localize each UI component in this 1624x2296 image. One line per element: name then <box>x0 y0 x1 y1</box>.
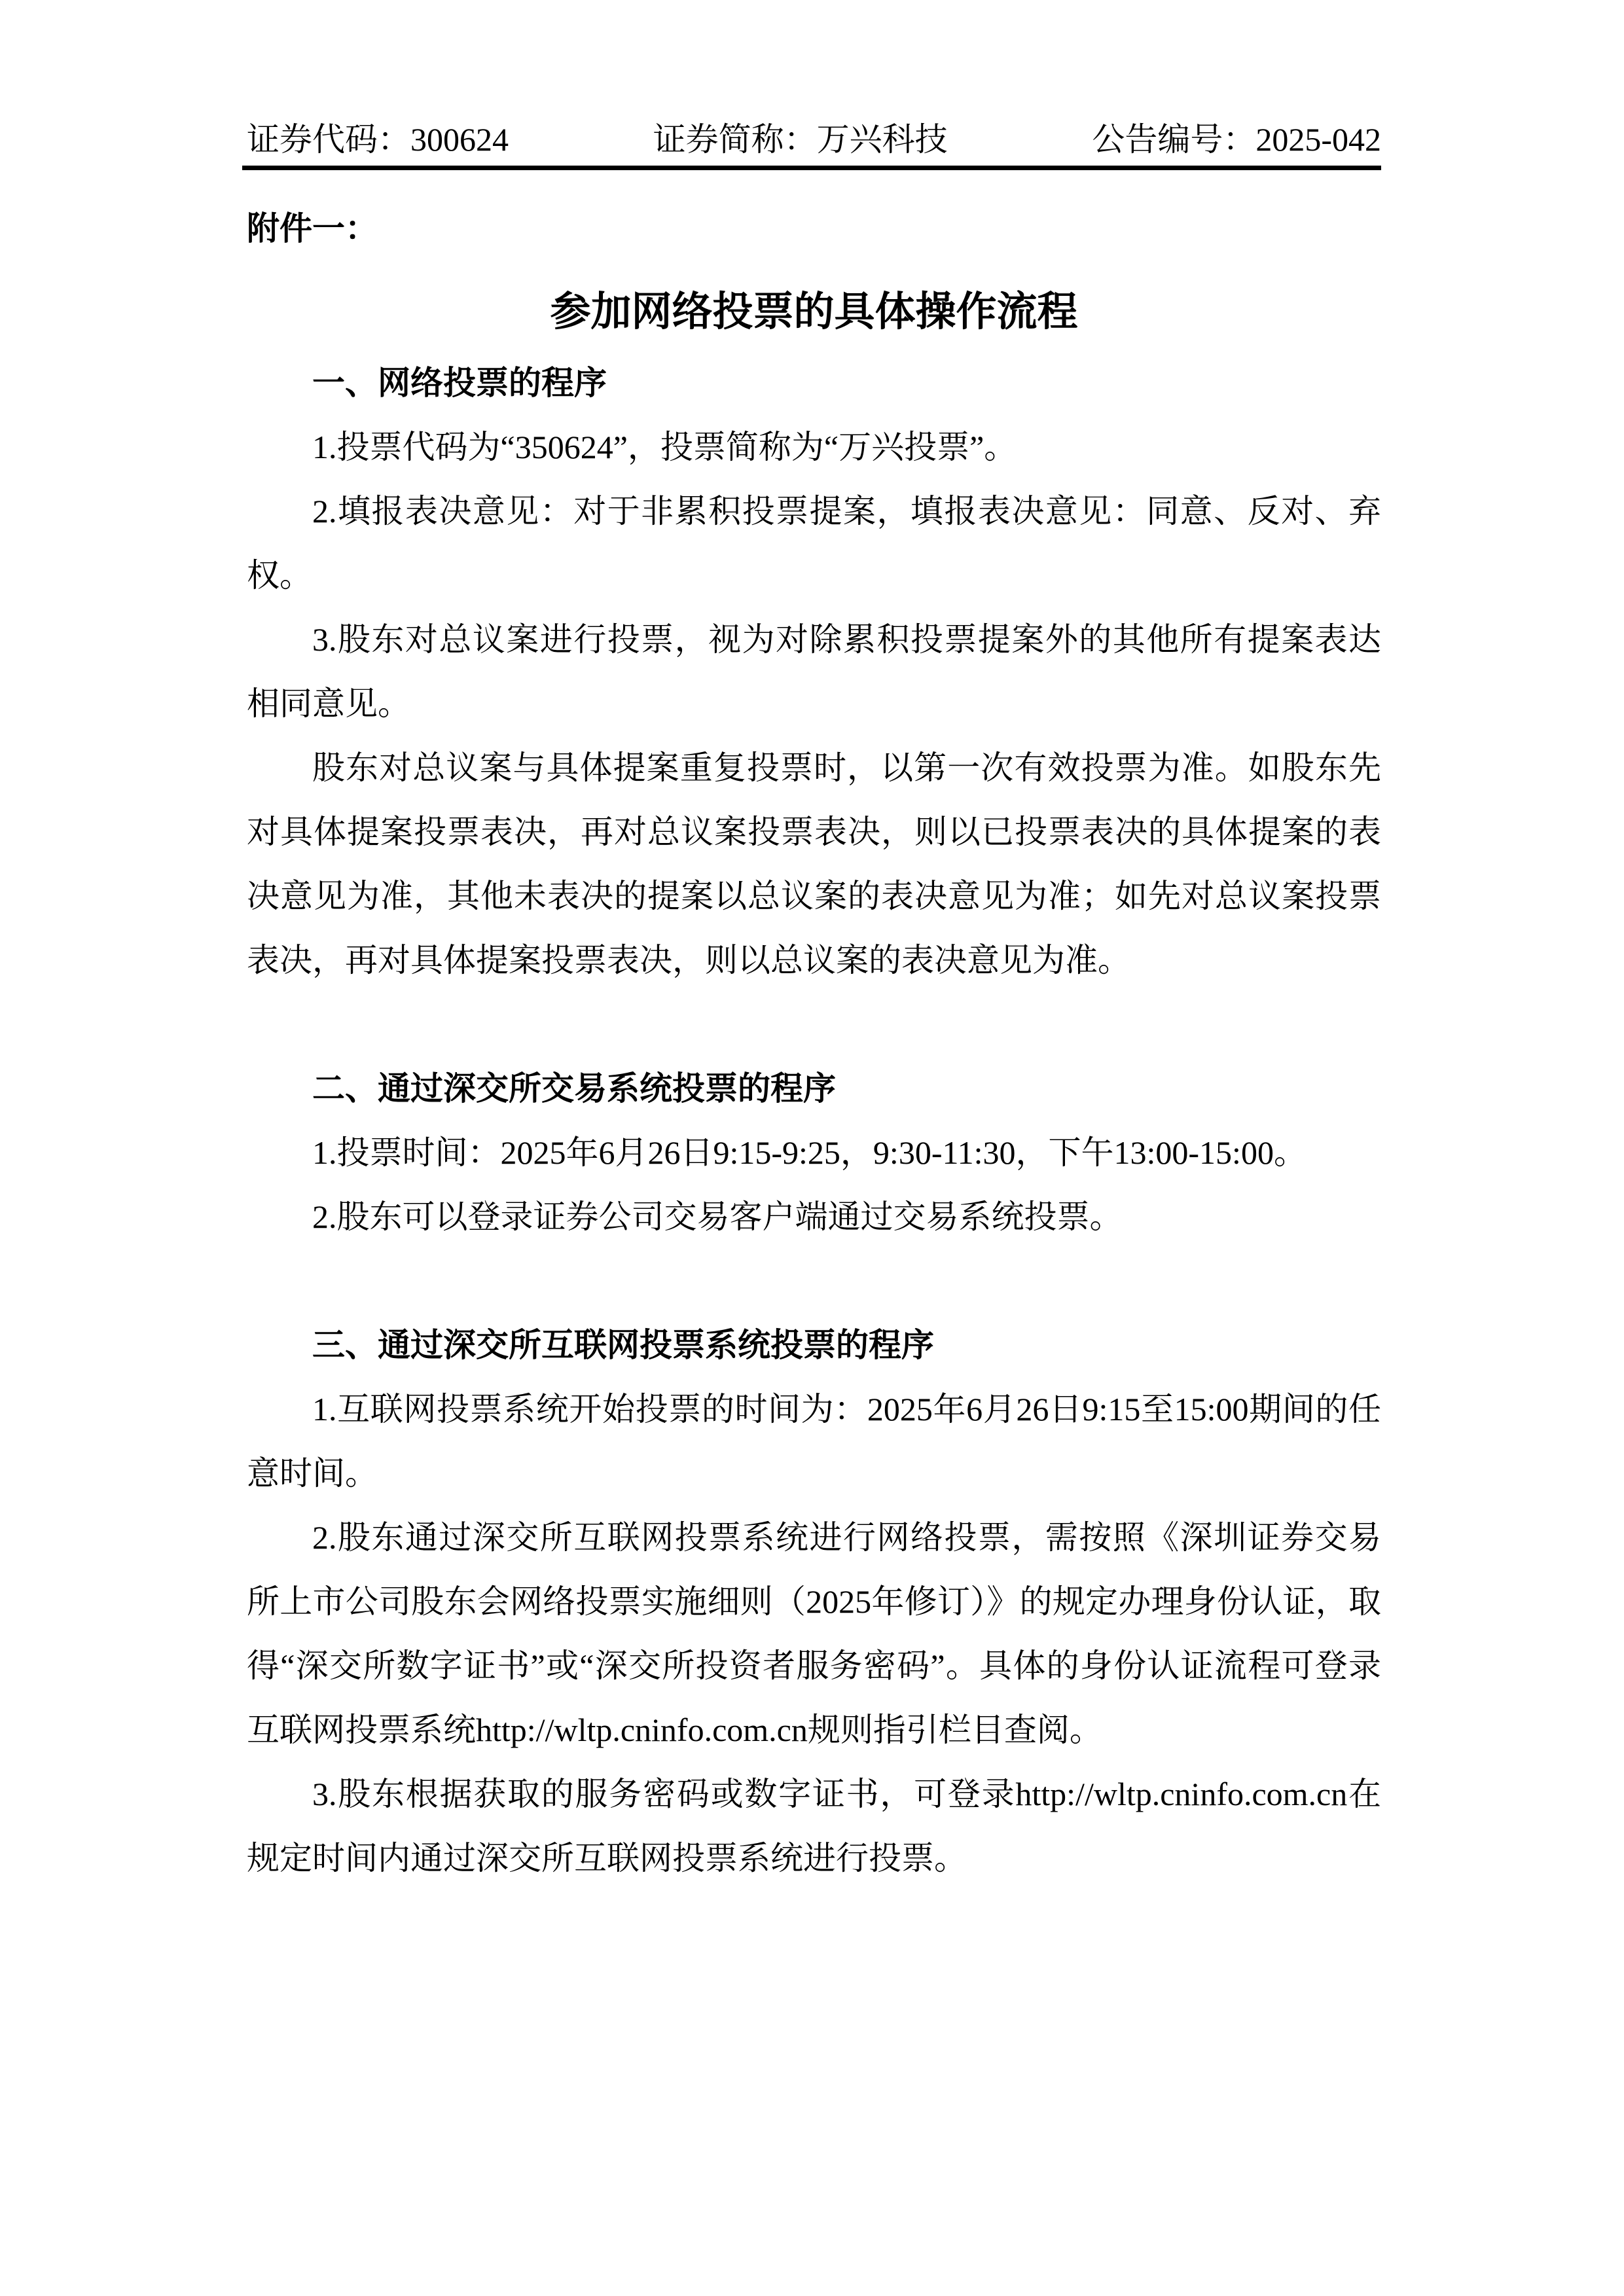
document-header: 证券代码：300624 证券简称：万兴科技 公告编号：2025-042 <box>247 120 1381 159</box>
section-heading: 一、网络投票的程序 <box>247 351 1381 415</box>
section-trading-system-voting: 二、通过深交所交易系统投票的程序 1.投票时间：2025年6月26日9:15-9… <box>247 1056 1381 1249</box>
header-divider <box>242 166 1381 170</box>
paragraph: 3.股东对总议案进行投票，视为对除累积投票提案外的其他所有提案表达相同意见。 <box>247 607 1381 736</box>
paragraph: 3.股东根据获取的服务密码或数字证书，可登录http://wltp.cninfo… <box>247 1762 1381 1890</box>
stock-code: 证券代码：300624 <box>247 120 509 159</box>
paragraph: 1.互联网投票系统开始投票的时间为：2025年6月26日9:15至15:00期间… <box>247 1377 1381 1505</box>
paragraph: 2.股东通过深交所互联网投票系统进行网络投票，需按照《深圳证券交易所上市公司股东… <box>247 1505 1381 1762</box>
document-page: 证券代码：300624 证券简称：万兴科技 公告编号：2025-042 附件一：… <box>0 0 1624 2296</box>
section-internet-voting-system: 三、通过深交所互联网投票系统投票的程序 1.互联网投票系统开始投票的时间为：20… <box>247 1313 1381 1890</box>
paragraph: 2.股东可以登录证券公司交易客户端通过交易系统投票。 <box>247 1185 1381 1249</box>
document-title: 参加网络投票的具体操作流程 <box>247 280 1381 344</box>
paragraph: 2.填报表决意见：对于非累积投票提案，填报表决意见：同意、反对、弃权。 <box>247 479 1381 607</box>
section-heading: 二、通过深交所交易系统投票的程序 <box>247 1056 1381 1121</box>
section-heading: 三、通过深交所互联网投票系统投票的程序 <box>247 1313 1381 1377</box>
announcement-number: 公告编号：2025-042 <box>1092 120 1381 159</box>
paragraph: 股东对总议案与具体提案重复投票时，以第一次有效投票为准。如股东先对具体提案投票表… <box>247 736 1381 992</box>
document-content: 证券代码：300624 证券简称：万兴科技 公告编号：2025-042 附件一：… <box>247 0 1381 1890</box>
paragraph: 1.投票代码为“350624”，投票简称为“万兴投票”。 <box>247 415 1381 479</box>
attachment-label: 附件一： <box>247 196 1381 260</box>
section-network-voting-procedure: 一、网络投票的程序 1.投票代码为“350624”，投票简称为“万兴投票”。 2… <box>247 351 1381 992</box>
stock-short-name: 证券简称：万兴科技 <box>653 120 948 159</box>
paragraph: 1.投票时间：2025年6月26日9:15-9:25，9:30-11:30，下午… <box>247 1121 1381 1185</box>
